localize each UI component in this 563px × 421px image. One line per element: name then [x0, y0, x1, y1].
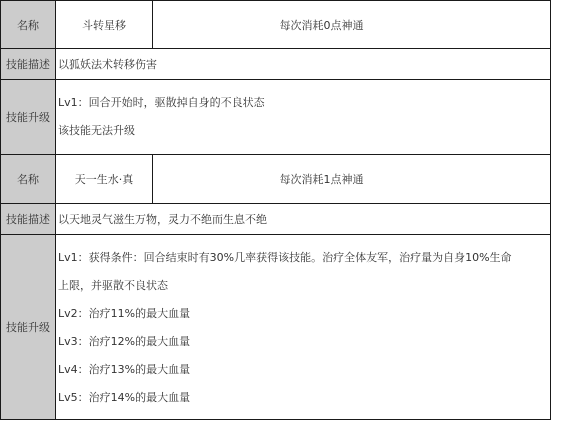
upgrade-line: Lv2：治疗11%的最大血量 — [58, 300, 550, 328]
upgrade-label: 技能升级 — [1, 235, 56, 420]
skill-name: 斗转星移 — [56, 1, 153, 49]
upgrade-line: 上限，并驱散不良状态 — [58, 272, 550, 300]
skill-upgrade: Lv1：获得条件：回合结束时有30%几率获得该技能。治疗全体友军，治疗量为自身1… — [56, 235, 551, 420]
upgrade-lines: Lv1：回合开始时，驱散掉自身的不良状态 该技能无法升级 — [58, 83, 550, 151]
skill-1-upgrade-row: 技能升级 Lv1：回合开始时，驱散掉自身的不良状态 该技能无法升级 — [1, 80, 551, 155]
skill-table: 名称 斗转星移 每次消耗0点神通 技能描述 以狐妖法术转移伤害 技能升级 Lv1… — [0, 0, 551, 420]
skill-2-upgrade-row: 技能升级 Lv1：获得条件：回合结束时有30%几率获得该技能。治疗全体友军，治疗… — [1, 235, 551, 420]
skill-1-name-row: 名称 斗转星移 每次消耗0点神通 — [1, 1, 551, 49]
upgrade-lines: Lv1：获得条件：回合结束时有30%几率获得该技能。治疗全体友军，治疗量为自身1… — [58, 240, 550, 414]
name-label: 名称 — [1, 155, 56, 204]
skill-2-desc-row: 技能描述 以天地灵气滋生万物，灵力不绝而生息不绝 — [1, 204, 551, 235]
upgrade-label: 技能升级 — [1, 80, 56, 155]
skill-cost: 每次消耗1点神通 — [153, 155, 551, 204]
skill-1-desc-row: 技能描述 以狐妖法术转移伤害 — [1, 49, 551, 80]
skill-cost: 每次消耗0点神通 — [153, 1, 551, 49]
upgrade-line: Lv1：回合开始时，驱散掉自身的不良状态 — [58, 89, 550, 117]
skill-description: 以天地灵气滋生万物，灵力不绝而生息不绝 — [56, 204, 551, 235]
desc-label: 技能描述 — [1, 49, 56, 80]
skill-description: 以狐妖法术转移伤害 — [56, 49, 551, 80]
desc-label: 技能描述 — [1, 204, 56, 235]
skill-upgrade: Lv1：回合开始时，驱散掉自身的不良状态 该技能无法升级 — [56, 80, 551, 155]
upgrade-line: Lv5：治疗14%的最大血量 — [58, 384, 550, 412]
upgrade-line: Lv4：治疗13%的最大血量 — [58, 356, 550, 384]
upgrade-line: Lv3：治疗12%的最大血量 — [58, 328, 550, 356]
skill-2-name-row: 名称 天一生水·真 每次消耗1点神通 — [1, 155, 551, 204]
name-label: 名称 — [1, 1, 56, 49]
upgrade-line: 该技能无法升级 — [58, 117, 550, 145]
upgrade-line: Lv1：获得条件：回合结束时有30%几率获得该技能。治疗全体友军，治疗量为自身1… — [58, 244, 550, 272]
skill-name: 天一生水·真 — [56, 155, 153, 204]
